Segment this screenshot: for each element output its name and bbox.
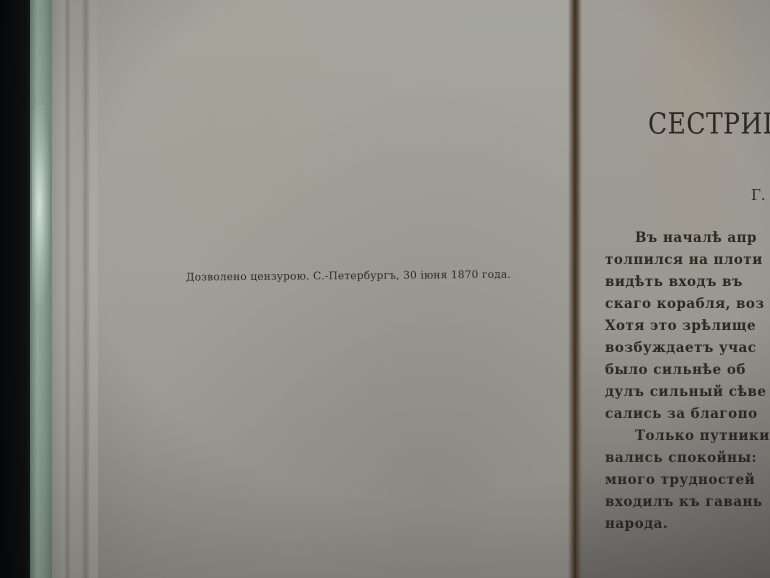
text-line: видѣть входъ въ xyxy=(605,271,770,293)
text-line: Хотя это зрѣлище xyxy=(605,315,770,337)
text-line: Только путники xyxy=(605,425,770,447)
text-line: народа. xyxy=(605,513,770,535)
left-page xyxy=(98,0,573,578)
chapter-subtitle: Г. xyxy=(751,186,766,204)
text-line: входилъ къ гавань xyxy=(605,491,770,513)
text-line: возбуждаетъ учас xyxy=(605,337,770,359)
cover-glare xyxy=(32,105,50,305)
book-photo: Дозволено цензурою. С.-Петербургъ, 30 ію… xyxy=(0,0,770,578)
text-line: много трудностей xyxy=(605,469,770,491)
text-line: дулъ сильный сѣве xyxy=(605,381,770,403)
text-line: Въ началѣ апр xyxy=(605,227,770,249)
body-text: Въ началѣ апр толпился на плоти видѣть в… xyxy=(605,227,770,535)
chapter-title: СЕСТРИЦ xyxy=(648,107,770,140)
text-line: сались за благопо xyxy=(605,403,770,425)
text-line: было сильнѣе об xyxy=(605,359,770,381)
text-line: вались спокойны: xyxy=(605,447,770,469)
dark-background xyxy=(0,0,32,578)
book-gutter xyxy=(568,0,582,578)
page-edges xyxy=(52,0,100,578)
text-line: толпился на плоти xyxy=(605,249,770,271)
text-line: скаго корабля, воз xyxy=(605,293,770,315)
